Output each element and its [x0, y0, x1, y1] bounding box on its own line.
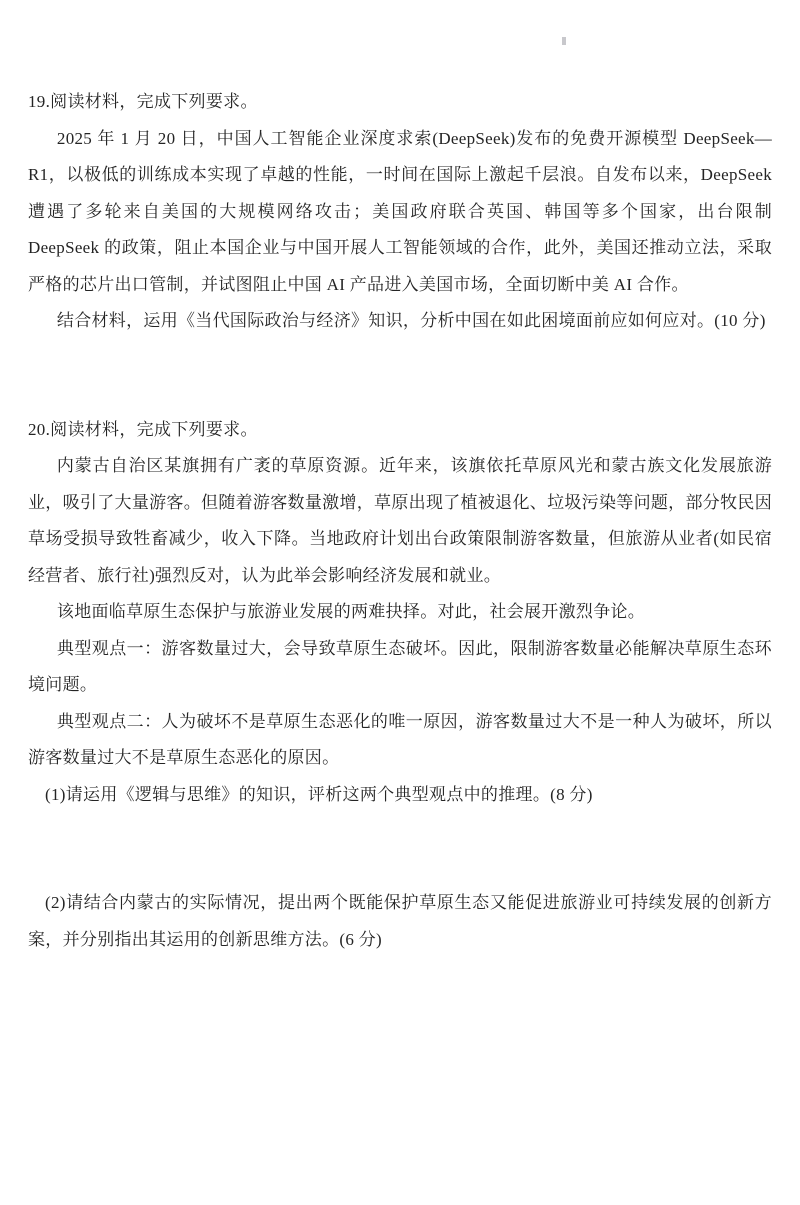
q20-dilemma-paragraph: 该地面临草原生态保护与旅游业发展的两难抉择。对此，社会展开激烈争论。 — [28, 594, 772, 631]
q19-task: 结合材料，运用《当代国际政治与经济》知识，分析中国在如此困境面前应如何应对。(1… — [28, 303, 772, 340]
q19-material-paragraph: 2025 年 1 月 20 日，中国人工智能企业深度求索(DeepSeek)发布… — [28, 121, 772, 304]
q20-sub-question-1: (1)请运用《逻辑与思维》的知识，评析这两个典型观点中的推理。(8 分) — [28, 777, 772, 814]
question-20: 20.阅读材料，完成下列要求。 内蒙古自治区某旗拥有广袤的草原资源。近年来，该旗… — [28, 412, 772, 959]
q20-material-paragraph: 内蒙古自治区某旗拥有广袤的草原资源。近年来，该旗依托草原风光和蒙古族文化发展旅游… — [28, 448, 772, 594]
q20-number-line: 20.阅读材料，完成下列要求。 — [28, 412, 772, 449]
q20-sub-question-2: (2)请结合内蒙古的实际情况，提出两个既能保护草原生态又能促进旅游业可持续发展的… — [28, 885, 772, 958]
exam-page: 19.阅读材料，完成下列要求。 2025 年 1 月 20 日，中国人工智能企业… — [0, 0, 800, 958]
q20-viewpoint-1: 典型观点一：游客数量过大，会导致草原生态破坏。因此，限制游客数量必能解决草原生态… — [28, 631, 772, 704]
q19-number-line: 19.阅读材料，完成下列要求。 — [28, 84, 772, 121]
q20-viewpoint-2: 典型观点二：人为破坏不是草原生态恶化的唯一原因，游客数量过大不是一种人为破坏，所… — [28, 704, 772, 777]
question-19: 19.阅读材料，完成下列要求。 2025 年 1 月 20 日，中国人工智能企业… — [28, 84, 772, 340]
